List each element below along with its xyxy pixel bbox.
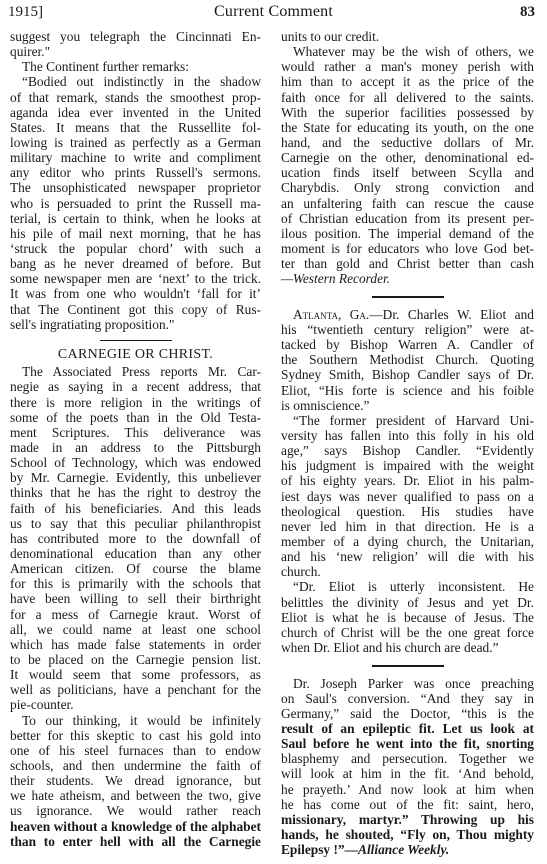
text-line: ment Scriptures. This deliverance was	[10, 425, 261, 440]
paragraph: To our thinking, it would be infinitely …	[10, 713, 261, 849]
text-line: Whatever may be the wish of others, we	[281, 44, 534, 59]
paragraph: The Associated Press reports Mr. Car- ne…	[10, 364, 261, 712]
paragraph: Atlanta, Ga.—Dr. Charles W. Eliot and hi…	[281, 307, 534, 413]
text-line: him than to accept it as the price of th…	[281, 74, 534, 89]
text-line: his “twentieth century religion” were at…	[281, 322, 534, 337]
text-line: us ignorance. We would rather reach	[10, 803, 261, 818]
page-header: 1915] Current Comment 83	[0, 2, 547, 24]
text-run: —Dr. Charles W. Eliot and	[369, 307, 534, 322]
section-divider	[100, 340, 172, 342]
text-line: of Christian education from its present …	[281, 211, 534, 226]
text-line: well as politicians, have a penchant for…	[10, 682, 261, 697]
text-line: which has made false statements in order	[10, 637, 261, 652]
right-column: units to our credit. Whatever may be the…	[281, 29, 534, 857]
text-line: It was from one who wouldn't ‘fall for i…	[10, 286, 261, 301]
paragraph: The Continent further remarks:	[10, 59, 261, 74]
text-line: faith of his beneficiaries. And this lea…	[10, 501, 261, 516]
source-attribution: —Alliance Weekly.	[345, 842, 450, 857]
text-line: who is persuaded to print the Russell ma…	[10, 196, 261, 211]
paragraph: Dr. Joseph Parker was once preaching on …	[281, 676, 534, 858]
text-line: that The Continent got this copy of Rus-	[10, 302, 261, 317]
text-line: there is more religion in the writings o…	[10, 395, 261, 410]
text-line: iest days was never qualified to pass on…	[281, 489, 534, 504]
text-line: versity has fallen into this folly in hi…	[281, 428, 534, 443]
text-line: missionary, martyr.” Throwing up his	[281, 812, 534, 827]
text-line: ilous position. The imperial demand of t…	[281, 226, 534, 241]
text-line: “Dr. Eliot is utterly inconsistent. He	[281, 579, 534, 594]
text-line: than to enter hell with all the Carnegie	[10, 834, 261, 849]
text-line: heaven without a knowledge of the alphab…	[10, 819, 261, 834]
text-line: States. It means that the Russellite fol…	[10, 120, 261, 135]
dateline: Atlanta, Ga.	[293, 307, 369, 322]
text-line: he prayeth.’ And now look at him when	[281, 782, 534, 797]
text-line: units to our credit.	[281, 29, 534, 44]
text-line: The Continent further remarks:	[10, 59, 261, 74]
text-line: pie-counter.	[10, 697, 261, 712]
text-run: Epilepsy !”	[281, 842, 345, 857]
text-line: hands, he shouted, “Fly on, Thou mighty	[281, 827, 534, 842]
paragraph: Whatever may be the wish of others, we w…	[281, 44, 534, 286]
text-line: sell's ingratiating proposition."	[10, 317, 261, 332]
text-line: With the superior facilities possessed b…	[281, 105, 534, 120]
text-line: lowing is trained as perfectly as a Germ…	[10, 135, 261, 150]
text-line: when Dr. Eliot and his church are dead.”	[281, 640, 534, 655]
text-line: made in an address to the Pittsburgh	[10, 440, 261, 455]
text-line: is omniscience.”	[281, 398, 534, 413]
text-line: Eliot, “His forte is science and his foi…	[281, 383, 534, 398]
text-line: Carnegie on the other, denominational ed…	[281, 150, 534, 165]
section-divider	[372, 296, 444, 298]
text-line: us to say that this peculiar philanthrop…	[10, 516, 261, 531]
text-line: on Saul's conversion. “And they say in	[281, 691, 534, 706]
text-line: negie as saying in a recent address, tha…	[10, 379, 261, 394]
text-line: never led him in that direction. He is a	[281, 519, 534, 534]
text-line: would rather a man's money perish with	[281, 59, 534, 74]
quoted-paragraph: “Bodied out indistinctly in the shadow o…	[10, 74, 261, 331]
text-line: for a mess of Carnegie kraut. Worst of	[10, 607, 261, 622]
text-line: some of the poets than in the Old Testa-	[10, 410, 261, 425]
text-line: have been willing to sell their birthrig…	[10, 591, 261, 606]
text-line: tacked by Bishop Warren A. Candler of	[281, 337, 534, 352]
text-line: any editor who prints Russell's sermons.	[10, 165, 261, 180]
section-heading: CARNEGIE OR CHRIST.	[10, 346, 261, 364]
text-line: an unfaltering faith can rescue the caus…	[281, 196, 534, 211]
text-line: The unsophisticated newspaper proprietor	[10, 180, 261, 195]
text-line: “Bodied out indistinctly in the shadow	[10, 74, 261, 89]
text-line: Epilepsy !”—Alliance Weekly.	[281, 842, 534, 857]
text-line: their students. We dread ignorance, but	[10, 773, 261, 788]
text-line: ‘struck the popular chord’ with such a	[10, 241, 261, 256]
text-line: blasphemy and persecution. Together we	[281, 751, 534, 766]
text-line: his pile of mail next morning, that he h…	[10, 226, 261, 241]
paragraph: units to our credit.	[281, 29, 534, 44]
text-line: result of an epileptic fit. Let us look …	[281, 721, 534, 736]
text-line: Saul before he went into the fit, snorti…	[281, 736, 534, 751]
text-line: will look at him in the fit. ‘And behold…	[281, 766, 534, 781]
text-line: schools, and then undermine the faith of	[10, 758, 261, 773]
text-line: Germany,” said the Doctor, “this is the	[281, 706, 534, 721]
text-line: moment is for educators who love God bet…	[281, 241, 534, 256]
text-line: “The former president of Harvard Uni-	[281, 413, 534, 428]
text-line: hand, and the seductive dollars of Mr.	[281, 135, 534, 150]
paragraph: “The former president of Harvard Uni- ve…	[281, 413, 534, 580]
text-line: has contributed more to the downfall of	[10, 531, 261, 546]
page-number: 83	[520, 4, 535, 21]
text-line: faith once for all delivered to the sain…	[281, 90, 534, 105]
text-line: The Associated Press reports Mr. Car-	[10, 364, 261, 379]
text-line: Sydney Smith, Bishop Candler says of Dr.	[281, 367, 534, 382]
text-line: the Southern Methodist Church. Quoting	[281, 352, 534, 367]
text-line: It would seem that some professors, as	[10, 667, 261, 682]
text-line: of his eighty years. Dr. Eliot in his pa…	[281, 473, 534, 488]
text-line: suggest you telegraph the Cincinnati En-	[10, 29, 261, 44]
text-line: To our thinking, it would be infinitely	[10, 713, 261, 728]
text-line: ter than gold and Christ better than cas…	[281, 256, 534, 271]
text-line: Dr. Joseph Parker was once preaching	[281, 676, 534, 691]
text-line: denominational education than any other	[10, 546, 261, 561]
text-line: ucation finds itself between Scylla and	[281, 165, 534, 180]
paragraph: “Dr. Eliot is utterly inconsistent. He b…	[281, 579, 534, 655]
text-line: to be placed on the Carnegie pension lis…	[10, 652, 261, 667]
text-line: American citizen. Of course the blame	[10, 561, 261, 576]
text-line: School of Technology, which was endowed	[10, 455, 261, 470]
text-line: he has come out of the fit: saint, hero,	[281, 797, 534, 812]
text-line: military machine to write and compliment	[10, 150, 261, 165]
text-line: for this is primarily with the schools t…	[10, 576, 261, 591]
text-line: all, we could name at least one school	[10, 622, 261, 637]
text-line: we hate atheism, and between the two, gi…	[10, 788, 261, 803]
text-line: theological question. His studies have	[281, 504, 534, 519]
text-line: by Mr. Carnegie. Evidently, this unbelie…	[10, 470, 261, 485]
section-divider	[372, 665, 444, 667]
text-line: aganda idea ever invented in the United	[10, 105, 261, 120]
text-line: better for this skeptic to cast his gold…	[10, 728, 261, 743]
text-line: some newspaper men are ‘next’ to the tri…	[10, 271, 261, 286]
text-line: one of his steel furnaces than to endow	[10, 743, 261, 758]
text-line: church.	[281, 564, 534, 579]
text-line: terial, is certain to think, when he loo…	[10, 211, 261, 226]
text-line: thinks that he has the right to destroy …	[10, 485, 261, 500]
paragraph: suggest you telegraph the Cincinnati En-…	[10, 29, 261, 59]
running-title: Current Comment	[0, 3, 547, 21]
text-line: Eliot is what he is because of Jesus. Th…	[281, 610, 534, 625]
text-line: belittles the divinity of Jesus and yet …	[281, 595, 534, 610]
text-line: bang as he never dreamed of before. But	[10, 256, 261, 271]
text-line: quirer."	[10, 44, 261, 59]
text-line: church of Christ will be the one great f…	[281, 625, 534, 640]
text-line: of that remark, stands the smoothest pro…	[10, 90, 261, 105]
left-column: suggest you telegraph the Cincinnati En-…	[10, 29, 261, 849]
text-line: Charybdis. Only strong conviction and	[281, 180, 534, 195]
text-line: Atlanta, Ga.—Dr. Charles W. Eliot and	[281, 307, 534, 322]
text-line: member of a dying church, the Unitarian,	[281, 534, 534, 549]
source-attribution: —Western Recorder.	[281, 271, 534, 286]
text-line: his judgment is impaired with the weight	[281, 458, 534, 473]
text-line: and his ‘new religion’ will die with his	[281, 549, 534, 564]
text-line: age,” says Bishop Candler. “Evidently	[281, 443, 534, 458]
text-line: the State for educating its youth, on th…	[281, 120, 534, 135]
